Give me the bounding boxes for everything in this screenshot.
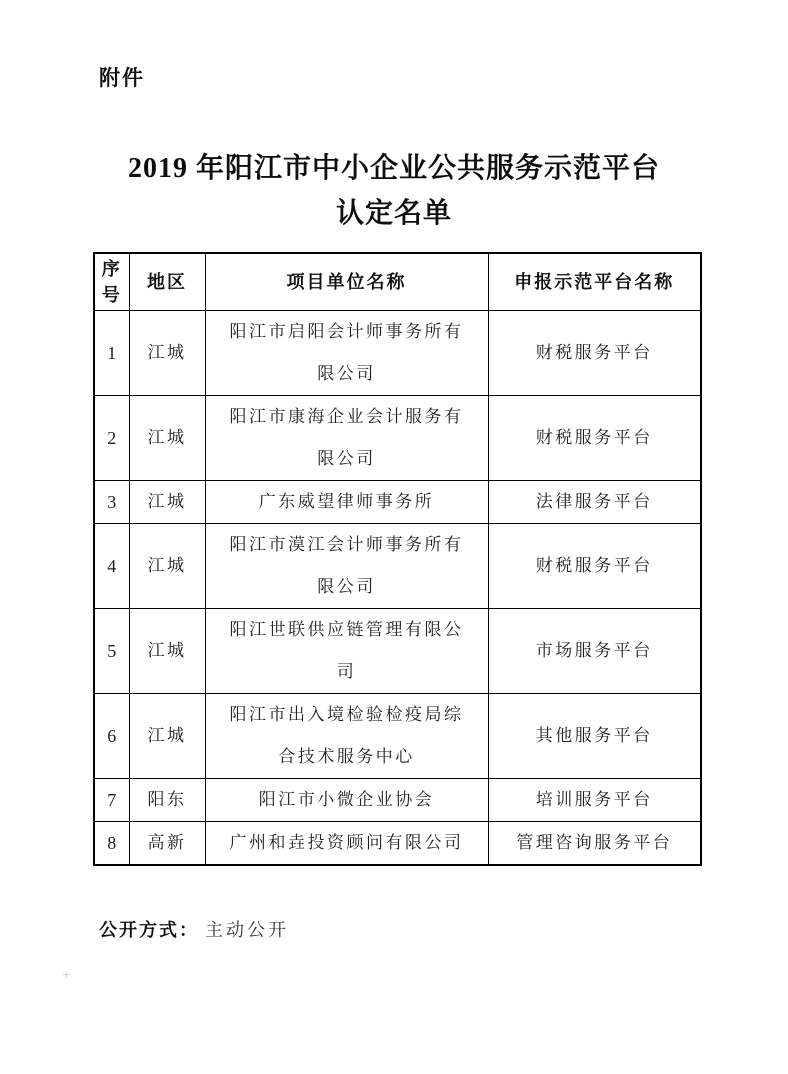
header-platform-name: 申报示范平台名称 xyxy=(488,253,701,311)
cell-no: 6 xyxy=(94,694,129,779)
header-company-name: 项目单位名称 xyxy=(205,253,488,311)
cell-company: 阳江市小微企业协会 xyxy=(205,779,488,822)
cell-company: 阳江市康海企业会计服务有限公司 xyxy=(205,396,488,481)
cell-region: 江城 xyxy=(129,609,205,694)
table-row: 1江城阳江市启阳会计师事务所有限公司财税服务平台 xyxy=(94,311,701,396)
page-title-line2: 认定名单 xyxy=(0,191,788,236)
header-region: 地区 xyxy=(129,253,205,311)
table-row: 5江城阳江世联供应链管理有限公司市场服务平台 xyxy=(94,609,701,694)
cell-company: 阳江市启阳会计师事务所有限公司 xyxy=(205,311,488,396)
cell-region: 阳东 xyxy=(129,779,205,822)
cell-platform: 管理咨询服务平台 xyxy=(488,822,701,866)
cell-company: 阳江市出入境检验检疫局综合技术服务中心 xyxy=(205,694,488,779)
disclosure-line: 公开方式：主动公开 xyxy=(99,916,289,942)
cell-region: 江城 xyxy=(129,524,205,609)
cell-region: 江城 xyxy=(129,396,205,481)
cell-platform: 财税服务平台 xyxy=(488,396,701,481)
cell-no: 1 xyxy=(94,311,129,396)
cell-region: 江城 xyxy=(129,311,205,396)
cell-no: 4 xyxy=(94,524,129,609)
cell-platform: 培训服务平台 xyxy=(488,779,701,822)
table-header: 序号 地区 项目单位名称 申报示范平台名称 xyxy=(94,253,701,311)
disclosure-value: 主动公开 xyxy=(205,920,289,940)
cell-company: 广东威望律师事务所 xyxy=(205,481,488,524)
cell-platform: 财税服务平台 xyxy=(488,524,701,609)
table-row: 4江城阳江市漠江会计师事务所有限公司财税服务平台 xyxy=(94,524,701,609)
page-title: 2019 年阳江市中小企业公共服务示范平台 认定名单 xyxy=(0,146,788,236)
disclosure-label: 公开方式： xyxy=(99,920,199,940)
cell-no: 8 xyxy=(94,822,129,866)
table-header-row: 序号 地区 项目单位名称 申报示范平台名称 xyxy=(94,253,701,311)
cell-platform: 法律服务平台 xyxy=(488,481,701,524)
table-row: 8高新广州和垚投资顾问有限公司管理咨询服务平台 xyxy=(94,822,701,866)
cell-company: 广州和垚投资顾问有限公司 xyxy=(205,822,488,866)
cell-no: 2 xyxy=(94,396,129,481)
platform-roster-table: 序号 地区 项目单位名称 申报示范平台名称 1江城阳江市启阳会计师事务所有限公司… xyxy=(93,252,702,866)
table-body: 1江城阳江市启阳会计师事务所有限公司财税服务平台2江城阳江市康海企业会计服务有限… xyxy=(94,311,701,866)
cell-no: 3 xyxy=(94,481,129,524)
cell-platform: 市场服务平台 xyxy=(488,609,701,694)
table-row: 6江城阳江市出入境检验检疫局综合技术服务中心其他服务平台 xyxy=(94,694,701,779)
table-row: 7阳东阳江市小微企业协会培训服务平台 xyxy=(94,779,701,822)
cell-platform: 其他服务平台 xyxy=(488,694,701,779)
cell-no: 5 xyxy=(94,609,129,694)
table-row: 2江城阳江市康海企业会计服务有限公司财税服务平台 xyxy=(94,396,701,481)
cell-company: 阳江世联供应链管理有限公司 xyxy=(205,609,488,694)
scan-artifact-plus-mark: + xyxy=(62,968,71,981)
attachment-label: 附件 xyxy=(99,62,145,92)
cell-platform: 财税服务平台 xyxy=(488,311,701,396)
cell-region: 江城 xyxy=(129,694,205,779)
cell-region: 高新 xyxy=(129,822,205,866)
cell-company: 阳江市漠江会计师事务所有限公司 xyxy=(205,524,488,609)
table-row: 3江城广东威望律师事务所法律服务平台 xyxy=(94,481,701,524)
cell-no: 7 xyxy=(94,779,129,822)
cell-region: 江城 xyxy=(129,481,205,524)
header-seq-no: 序号 xyxy=(94,253,129,311)
page-title-line1: 2019 年阳江市中小企业公共服务示范平台 xyxy=(0,146,788,191)
